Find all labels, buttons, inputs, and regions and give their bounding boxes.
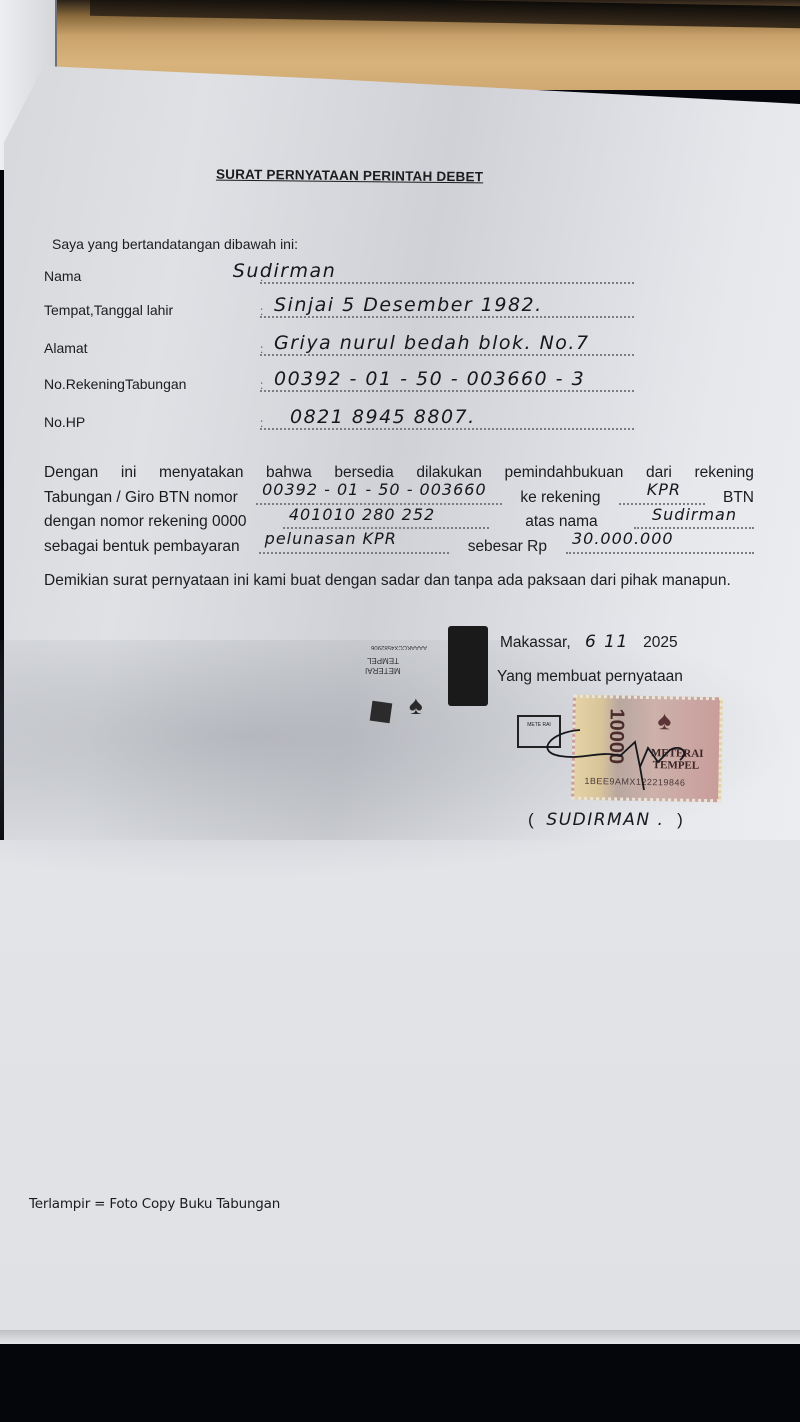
intro-text: Saya yang bertandatangan dibawah ini: <box>52 236 298 252</box>
paren-open: ( <box>528 810 534 829</box>
dotted-line <box>260 282 634 284</box>
stamp-qr-square <box>370 701 393 724</box>
date-day-month: 6 11 <box>585 632 629 652</box>
statement-text: sebesar Rp <box>468 535 547 560</box>
stamp-ink-block <box>448 626 488 706</box>
field-value: Sudirman <box>233 260 336 282</box>
paper-edge <box>0 1330 800 1344</box>
stamp-text-mirrored: METERAI <box>365 666 401 675</box>
statement-paragraph: Denganinimenyatakanbahwabersediadilakuka… <box>44 461 754 559</box>
paren-close: ) <box>677 810 683 829</box>
statement-line-4: sebagai bentuk pembayaran pelunasan KPR … <box>44 535 754 560</box>
statement-text: dengan nomor rekening 0000 <box>44 510 247 535</box>
field-tempat-tanggal-lahir: Tempat,Tanggal lahir : Sinjai 5 Desember… <box>44 296 634 320</box>
payment-purpose: pelunasan KPR <box>265 527 397 552</box>
dotted-line <box>260 390 634 392</box>
date-year: 2025 <box>643 634 677 651</box>
field-label: No.RekeningTabungan <box>44 376 186 392</box>
document-paper-lower <box>0 840 800 1330</box>
signature <box>540 722 710 792</box>
statement-text: Tabungan / Giro BTN nomor <box>44 486 238 511</box>
stamp-text-mirrored: TEMPEL <box>367 656 399 665</box>
statement-word: pemindahbukuan <box>504 461 623 486</box>
dotted-line <box>260 316 634 318</box>
maker-label: Yang membuat pernyataan <box>497 668 683 686</box>
attachment-note: Terlampir = Foto Copy Buku Tabungan <box>29 1196 280 1212</box>
dotted-line <box>260 428 634 430</box>
garuda-emblem-icon: ♠ <box>409 690 423 721</box>
document-title: SURAT PERNYATAAN PERINTAH DEBET <box>216 167 483 185</box>
place-date: Makassar, 6 11 2025 <box>500 632 678 652</box>
amount: 30.000.000 <box>572 527 674 552</box>
statement-word: Dengan <box>44 461 98 486</box>
amount-fill: 30.000.000 <box>566 535 754 554</box>
statement-word: ini <box>121 461 137 486</box>
closing-text: Demikian surat pernyataan ini kami buat … <box>44 569 756 593</box>
dotted-line <box>260 354 634 356</box>
signer-name: SUDIRMAN . <box>546 810 664 830</box>
statement-text: ke rekening <box>520 486 600 511</box>
statement-text: sebagai bentuk pembayaran <box>44 535 240 560</box>
stamp-impression: AAAAKCCX4582906 TEMPEL METERAI ♠ <box>365 620 505 730</box>
dest-type: KPR <box>647 478 681 503</box>
payment-purpose-fill: pelunasan KPR <box>259 535 449 554</box>
account-name: Sudirman <box>652 503 737 528</box>
source-account: 00392 - 01 - 50 - 003660 <box>262 478 487 503</box>
field-value: Griya nurul bedah blok. No.7 <box>274 332 590 354</box>
field-no-rekening-tabungan: No.RekeningTabungan : 00392 - 01 - 50 - … <box>44 370 634 394</box>
field-value: 0821 8945 8807. <box>290 406 476 428</box>
field-label: Alamat <box>44 340 88 356</box>
field-value: 00392 - 01 - 50 - 003660 - 3 <box>274 368 585 390</box>
field-label: Nama <box>44 268 81 284</box>
field-label: Tempat,Tanggal lahir <box>44 302 173 318</box>
field-value: Sinjai 5 Desember 1982. <box>274 294 543 316</box>
dest-account: 401010 280 252 <box>289 503 435 528</box>
field-alamat: Alamat : Griya nurul bedah blok. No.7 <box>44 334 634 358</box>
field-nama: Nama : Sudirman <box>44 262 634 286</box>
place-name: Makassar, <box>500 634 571 651</box>
field-no-hp: No.HP : 0821 8945 8807. <box>44 408 634 432</box>
stamp-serial-mirrored: AAAAKCCX4582906 <box>371 644 427 650</box>
signer: ( SUDIRMAN . ) <box>528 810 683 830</box>
statement-word: rekening <box>694 461 753 486</box>
statement-word: menyatakan <box>159 461 243 486</box>
field-label: No.HP <box>44 414 85 430</box>
